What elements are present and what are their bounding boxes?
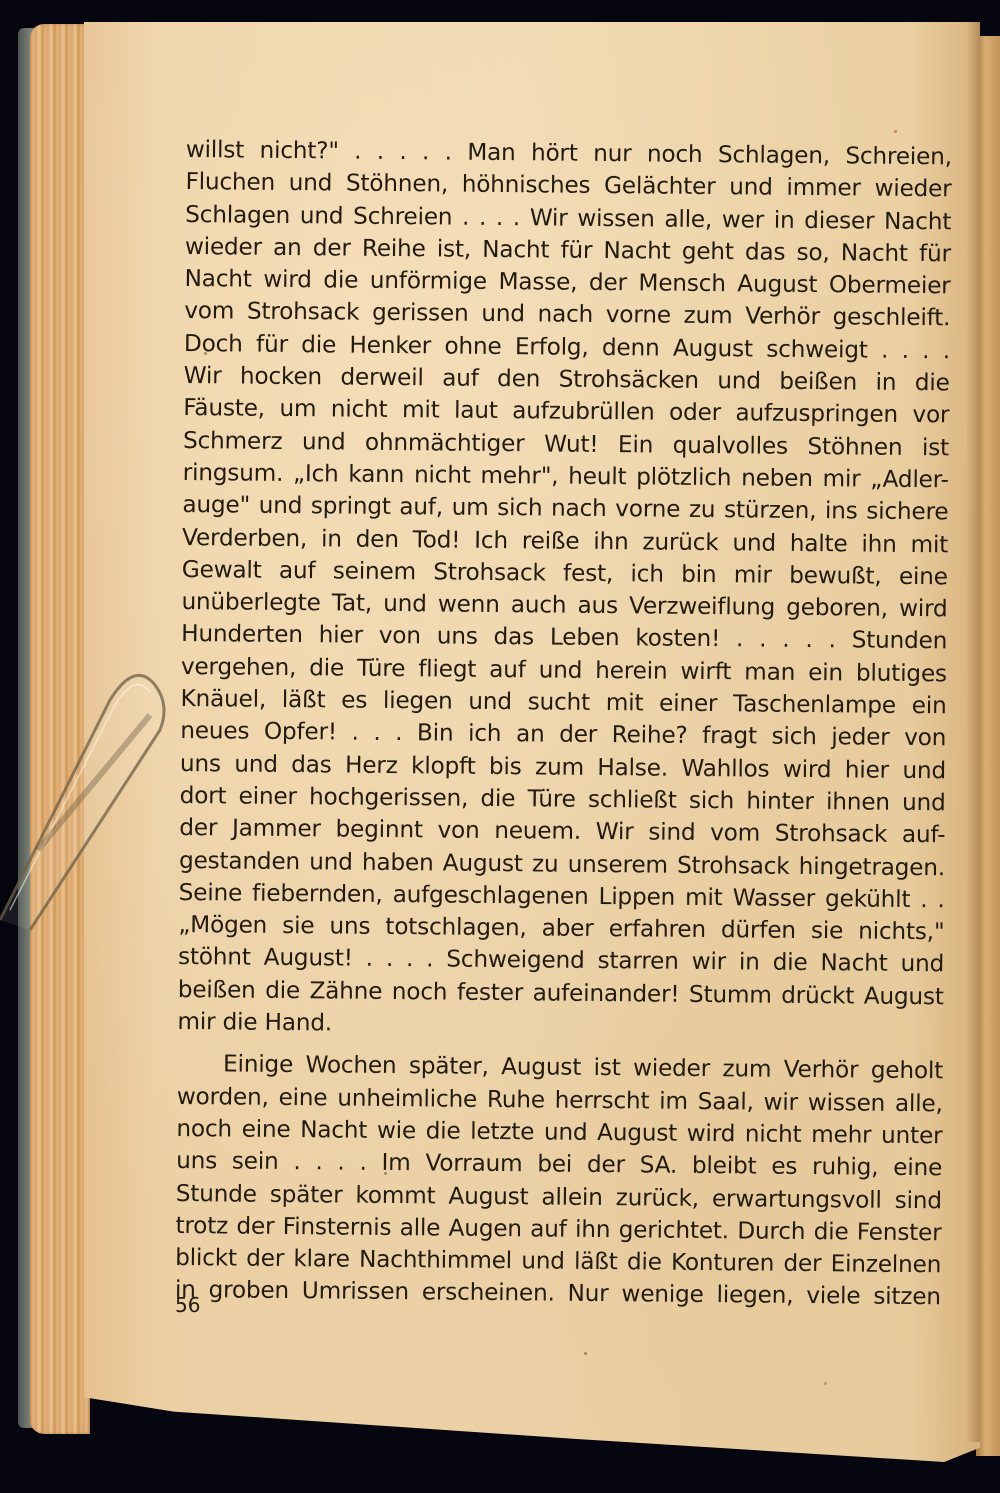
page-block-edges <box>30 24 90 1434</box>
paper-speck <box>824 1382 827 1385</box>
gutter-shadow <box>966 22 980 1442</box>
body-text: willst nicht?" . . . . . Man hört nur no… <box>175 134 952 1314</box>
paragraph-2: Einige Wochen später, August ist wieder … <box>175 1048 943 1314</box>
book-photo: willst nicht?" . . . . . Man hört nur no… <box>0 0 1000 1493</box>
paper-speck <box>894 130 897 133</box>
page-number: 56 <box>175 1293 200 1317</box>
paragraph-1: willst nicht?" . . . . . Man hört nur no… <box>177 134 952 1046</box>
paper-speck <box>584 1352 587 1355</box>
